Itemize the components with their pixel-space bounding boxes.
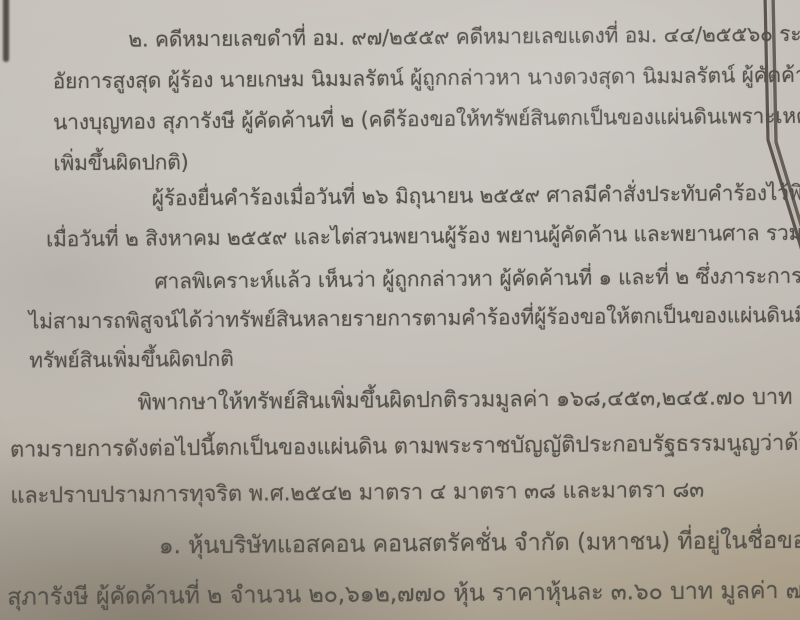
document-photo: ๒. คดีหมายเลขดำที่ อม. ๙๗/๒๕๕๙ คดีหมายเล… [0,0,800,620]
document-line: ไม่สามารถพิสูจน์ได้ว่าทรัพย์สินหลายรายกา… [29,296,791,342]
paragraph-case-header: ๒. คดีหมายเลขดำที่ อม. ๙๗/๒๕๕๙ คดีหมายเล… [52,14,789,184]
document-line: และปราบปรามการทุจริต พ.ศ.๒๕๔๒ มาตรา ๔ มา… [10,467,792,520]
paragraph-judgment: พิพากษาให้ทรัพย์สินเพิ่มขึ้นผิดปกติรวมมู… [9,375,792,520]
document-line: นางบุญทอง สุภารังษี ผู้คัดค้านที่ ๒ (คดี… [53,96,789,143]
paragraph-asset-item-1: ๑. หุ้นบริษัทแอสคอน คอนสตรัคชั่น จำกัด (… [7,515,794,620]
document-line: ทรัพย์สินเพิ่มขึ้นผิดปกติ [29,335,791,381]
document-line: สุภารังษี ผู้คัดค้านที่ ๒ จำนวน ๒๐,๖๑๒,๗… [7,565,793,620]
document-line: ๒. คดีหมายเลขดำที่ อม. ๙๗/๒๕๕๙ คดีหมายเล… [52,14,788,61]
document-line: ตามรายการดังต่อไปนี้ตกเป็นของแผ่นดิน ตาม… [10,421,792,474]
document-line: เมื่อวันที่ ๒ สิงหาคม ๒๕๕๙ และไต่สวนพยาน… [46,213,790,259]
document-line: พิพากษาให้ทรัพย์สินเพิ่มขึ้นผิดปกติรวมมู… [9,375,791,428]
document-line: อัยการสูงสุด ผู้ร้อง นายเกษม นิมมลรัตน์ … [53,55,789,102]
paragraph-court-consideration: ศาลพิเคราะห์แล้ว เห็นว่า ผู้ถูกกล่าวหา ผ… [28,257,791,381]
paragraph-petition-filing: ผู้ร้องยื่นคำร้องเมื่อวันที่ ๒๖ มิถุนายน… [46,173,791,259]
document-text: ๒. คดีหมายเลขดำที่ อม. ๙๗/๒๕๕๙ คดีหมายเล… [0,0,800,620]
document-line: ผู้ร้องยื่นคำร้องเมื่อวันที่ ๒๖ มิถุนายน… [46,173,790,219]
document-line: ศาลพิเคราะห์แล้ว เห็นว่า ผู้ถูกกล่าวหา ผ… [28,257,790,303]
document-line: ๑. หุ้นบริษัทแอสคอน คอนสตรัคชั่น จำกัด (… [7,515,793,572]
